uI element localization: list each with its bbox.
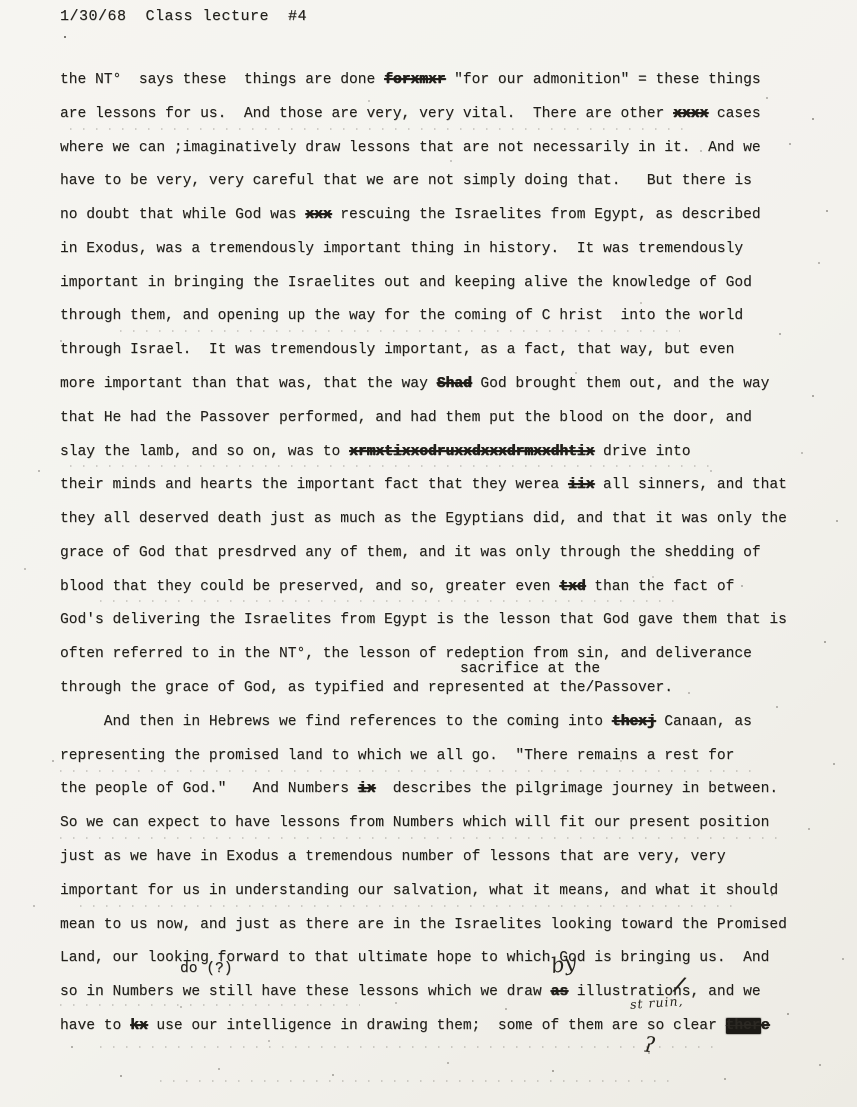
- text-line: through them, and opening up the way for…: [60, 306, 743, 326]
- struck-out-text: as: [550, 984, 568, 1000]
- text-line: where we can ;imaginatively draw lessons…: [60, 138, 761, 158]
- typed-text: Land, our looking forward to that ultima…: [60, 950, 769, 966]
- typed-text: often referred to in the NT°, the lesson…: [60, 646, 752, 662]
- typed-text: mean to us now, and just as there are in…: [60, 917, 787, 933]
- page-header: 1/30/68 Class lecture #4: [60, 8, 307, 25]
- scan-smudge: [60, 837, 780, 839]
- struck-out-text: xxxx: [673, 106, 708, 122]
- typed-text: God brought them out, and the way: [472, 376, 770, 392]
- text-line: their minds and hearts the important fac…: [60, 475, 787, 495]
- text-line: important for us in understanding our sa…: [60, 881, 778, 901]
- typed-text: that He had the Passover performed, and …: [60, 410, 752, 426]
- scan-smudge: [100, 600, 680, 602]
- text-line: more important than that was, that the w…: [60, 374, 769, 394]
- typed-text: have to be very, very careful that we ar…: [60, 173, 752, 189]
- scan-smudge: [60, 770, 760, 772]
- text-line: grace of God that presdrved any of them,…: [60, 543, 761, 563]
- typed-text: drive into: [594, 444, 690, 460]
- struck-out-text: kx: [130, 1018, 148, 1034]
- struck-out-text: Shad: [437, 376, 472, 392]
- blacked-out-text: ther: [726, 1018, 761, 1034]
- typed-text: Canaan, as: [656, 714, 752, 730]
- text-line: representing the promised land to which …: [60, 746, 734, 766]
- insert-sacrifice-at-the: sacrifice at the: [460, 661, 600, 677]
- typed-text: through them, and opening up the way for…: [60, 308, 743, 324]
- struck-out-text: ix: [358, 781, 376, 797]
- hw-mark: ʔ: [643, 1032, 657, 1057]
- typed-text: slay the lamb, and so on, was to: [60, 444, 349, 460]
- typed-text: the people of God." And Numbers: [60, 781, 358, 797]
- typed-text: grace of God that presdrved any of them,…: [60, 545, 761, 561]
- typed-text: so in Numbers we still have these lesson…: [60, 984, 550, 1000]
- typed-text: no doubt that while God was: [60, 207, 305, 223]
- text-line: just as we have in Exodus a tremendous n…: [60, 847, 726, 867]
- typed-text: the NT° says these things are done: [60, 72, 384, 88]
- typed-text: describes the pilgrimage journey in betw…: [375, 781, 778, 797]
- scan-smudge: [60, 1004, 360, 1006]
- text-line: the NT° says these things are done forxm…: [60, 70, 761, 90]
- struck-out-text: iix: [568, 477, 594, 493]
- text-line: that He had the Passover performed, and …: [60, 408, 752, 428]
- scan-smudge: [70, 465, 710, 467]
- typed-text: have to: [60, 1018, 130, 1034]
- typed-text: God's delivering the Israelites from Egy…: [60, 612, 787, 628]
- typed-text: And then in Hebrews we find references t…: [60, 714, 612, 730]
- struck-out-text: xxx: [305, 207, 331, 223]
- text-line: So we can expect to have lessons from Nu…: [60, 813, 769, 833]
- typed-text: through the grace of God, as typified an…: [60, 680, 673, 696]
- struck-out-text: txd: [559, 579, 585, 595]
- typed-text: important for us in understanding our sa…: [60, 883, 778, 899]
- scan-noise: [0, 0, 2, 2]
- typed-text: in Exodus, was a tremendously important …: [60, 241, 743, 257]
- hw-scribble: st ruin,: [630, 993, 684, 1012]
- typed-text: all sinners, and that: [594, 477, 787, 493]
- insert-do: do (?): [180, 961, 233, 977]
- text-line: important in bringing the Israelites out…: [60, 273, 752, 293]
- scan-smudge: [120, 330, 680, 332]
- typed-text: important in bringing the Israelites out…: [60, 275, 752, 291]
- text-line: in Exodus, was a tremendously important …: [60, 239, 743, 259]
- text-line: they all deserved death just as much as …: [60, 509, 787, 529]
- typed-text: blood that they could be preserved, and …: [60, 579, 559, 595]
- text-line: mean to us now, and just as there are in…: [60, 915, 787, 935]
- typed-text: cases: [708, 106, 761, 122]
- typed-text: just as we have in Exodus a tremendous n…: [60, 849, 726, 865]
- scanned-lecture-page: 1/30/68 Class lecture #4 the NT° says th…: [0, 0, 857, 1107]
- text-line: slay the lamb, and so on, was to xrmxtix…: [60, 442, 691, 462]
- scan-smudge: [100, 1046, 720, 1048]
- text-line: have to be very, very careful that we ar…: [60, 171, 752, 191]
- typed-text: use our intelligence in drawing them; so…: [148, 1018, 726, 1034]
- text-line: the people of God." And Numbers ix descr…: [60, 779, 778, 799]
- struck-out-text: forxmxr: [384, 72, 445, 88]
- typed-text: "for our admonition" = these things: [445, 72, 760, 88]
- struck-out-text: xrmxtixxodruxxdxxxdrmxxdhtix: [349, 444, 594, 460]
- typed-text: through Israel. It was tremendously impo…: [60, 342, 734, 358]
- typed-text: So we can expect to have lessons from Nu…: [60, 815, 769, 831]
- text-line: are lessons for us. And those are very, …: [60, 104, 761, 124]
- typed-text: rescuing the Israelites from Egypt, as d…: [332, 207, 761, 223]
- typed-text: than the fact of: [585, 579, 734, 595]
- typed-text: are lessons for us. And those are very, …: [60, 106, 673, 122]
- text-line: often referred to in the NT°, the lesson…: [60, 644, 752, 664]
- text-line: no doubt that while God was xxx rescuing…: [60, 205, 761, 225]
- text-line: through the grace of God, as typified an…: [60, 678, 673, 698]
- text-line: through Israel. It was tremendously impo…: [60, 340, 734, 360]
- scan-smudge: [70, 128, 690, 130]
- hw-by: by: [549, 950, 578, 978]
- text-line: Land, our looking forward to that ultima…: [60, 948, 769, 968]
- typed-text: more important than that was, that the w…: [60, 376, 437, 392]
- scan-smudge: [160, 1080, 680, 1082]
- typed-text: where we can ;imaginatively draw lessons…: [60, 140, 761, 156]
- text-line: And then in Hebrews we find references t…: [60, 712, 752, 732]
- text-line: God's delivering the Israelites from Egy…: [60, 610, 787, 630]
- typed-text: their minds and hearts the important fac…: [60, 477, 568, 493]
- scan-smudge: [80, 905, 740, 907]
- text-line: have to kx use our intelligence in drawi…: [60, 1016, 769, 1036]
- struck-out-text: e: [761, 1018, 770, 1034]
- text-line: blood that they could be preserved, and …: [60, 577, 734, 597]
- struck-out-text: thexj: [612, 714, 656, 730]
- typed-text: representing the promised land to which …: [60, 748, 734, 764]
- typed-text: they all deserved death just as much as …: [60, 511, 787, 527]
